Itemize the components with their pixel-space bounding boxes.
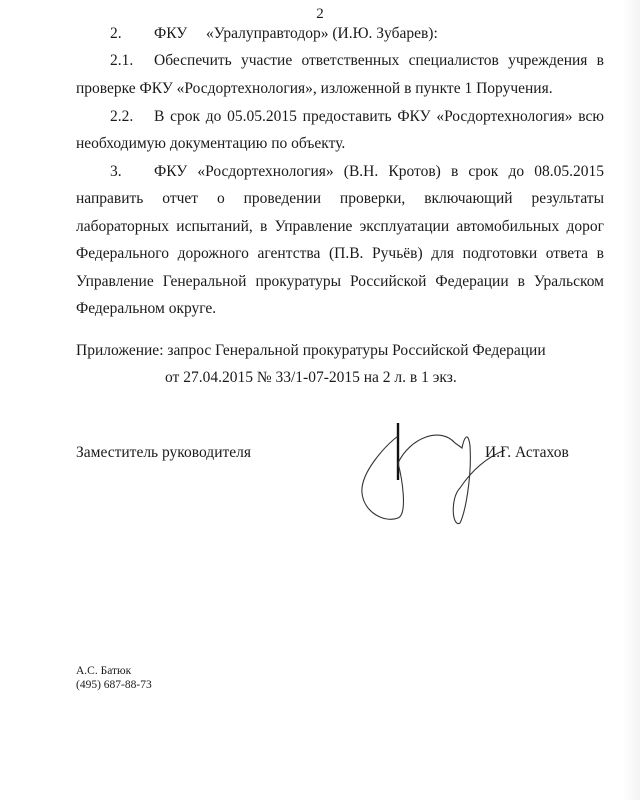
item-number: 2.2.	[110, 108, 154, 126]
signatory-position: Заместитель руководителя	[76, 444, 251, 462]
item-2-1-line2: проверке ФКУ «Росдортехнология», изложен…	[76, 80, 553, 98]
item-3-line1: 3.ФКУ «Росдортехнология» (В.Н. Кротов) в…	[110, 163, 604, 181]
item-number: 2.1.	[110, 52, 154, 70]
page-edge-shadow	[622, 0, 640, 800]
handwritten-signature-icon	[330, 418, 510, 533]
executor-phone: (495) 687-88-73	[76, 678, 152, 692]
item-3-line4: Федерального дорожного агентства (П.В. Р…	[76, 245, 604, 263]
item-3-line3: лабораторных испытаний, в Управление экс…	[76, 218, 604, 236]
item-text: «Уралуправтодор» (И.Ю. Зубарев):	[206, 25, 438, 42]
executor-name: А.С. Батюк	[76, 664, 131, 678]
attachment-line1: Приложение: запрос Генеральной прокурату…	[76, 342, 546, 360]
item-text: В срок до 05.05.2015 предоставить ФКУ «Р…	[154, 108, 604, 126]
item-org: ФКУ	[154, 25, 206, 43]
item-3-line5: Управление Генеральной прокуратуры Росси…	[76, 273, 604, 291]
item-2-2-line1: 2.2.В срок до 05.05.2015 предоставить ФК…	[110, 108, 604, 126]
item-text: ФКУ «Росдортехнология» (В.Н. Кротов) в с…	[154, 163, 604, 181]
attachment-line2: от 27.04.2015 № 33/1-07-2015 на 2 л. в 1…	[165, 369, 457, 387]
item-3-line2: направить отчет о проведении проверки, в…	[76, 190, 604, 208]
item-number: 2.	[110, 25, 154, 43]
item-2-1-line1: 2.1.Обеспечить участие ответственных спе…	[110, 52, 604, 70]
item-3-line6: Федеральном округе.	[76, 300, 216, 318]
page-number: 2	[0, 6, 640, 23]
item-2-heading: 2.ФКУ«Уралуправтодор» (И.Ю. Зубарев):	[110, 25, 438, 43]
signatory-name: И.Г. Астахов	[485, 444, 569, 462]
item-2-2-line2: необходимую документацию по объекту.	[76, 135, 345, 153]
item-number: 3.	[110, 163, 154, 181]
item-text: Обеспечить участие ответственных специал…	[154, 52, 604, 70]
